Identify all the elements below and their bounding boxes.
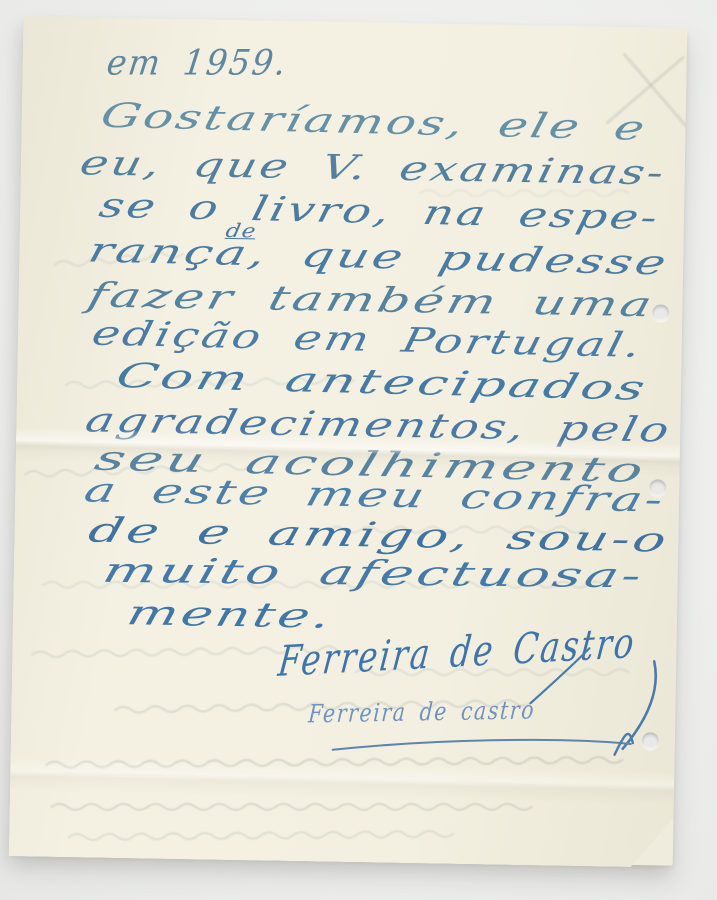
- letter-page: em 1959.Gostaríamos, ele eeu, que V. exa…: [9, 16, 688, 867]
- photo-backdrop: em 1959.Gostaríamos, ele eeu, que V. exa…: [0, 0, 717, 900]
- signature-underline: [333, 736, 631, 755]
- signature-flourish: [9, 16, 688, 867]
- signature-flourish-stroke: [530, 647, 589, 704]
